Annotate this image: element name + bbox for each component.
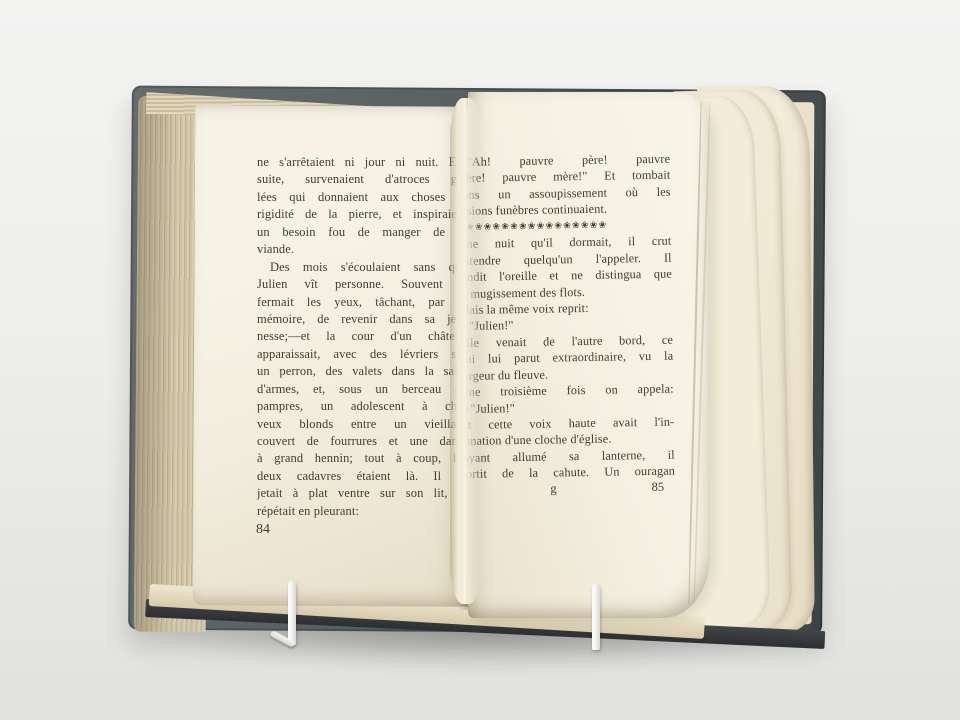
signature-mark: g — [550, 481, 556, 496]
text-line: répétait en pleurant: — [257, 503, 467, 520]
text-line: Une troisième fois on appela: — [460, 381, 674, 401]
text-line: Des mois s'écoulaient sans que — [257, 259, 467, 276]
text-line: ne s'arrêtaient ni jour ni nuit. En- — [257, 154, 467, 171]
text-line: rigidité de la pierre, et inspiraient — [257, 206, 467, 223]
text-line: jetait à plat ventre sur son lit, et — [257, 485, 467, 502]
text-line: couvert de fourrures et une dame — [257, 433, 467, 450]
text-line: veux blonds entre un vieillard — [257, 416, 467, 433]
page-number-right: 85 — [651, 480, 664, 495]
text-line: nesse;—et la cour d'un château — [257, 328, 467, 345]
book-stand-prong-left — [288, 581, 296, 645]
text-line: lées qui donnaient aux choses la — [257, 189, 467, 206]
text-line: qui lui parut extraordinaire, vu la — [459, 348, 673, 368]
left-page-text: ne s'arrêtaient ni jour ni nuit. En-suit… — [257, 154, 467, 520]
text-line: à grand hennin; tout à coup, les — [257, 450, 467, 467]
right-page-text: ❧"Ah! pauvre père! pauvremère! pauvre mè… — [456, 151, 675, 483]
text-line: viande. — [257, 241, 467, 258]
page-number-left: 84 — [256, 522, 270, 538]
text-line: suite, survenaient d'atroces ge- — [257, 171, 467, 188]
text-line: deux cadavres étaient là. Il se — [257, 468, 467, 485]
text-line: apparaissait, avec des lévriers sur — [257, 346, 467, 363]
text-line: d'armes, et, sous un berceau de — [257, 381, 467, 398]
right-page-footer: g 85 — [456, 480, 670, 501]
text-line: pampres, un adolescent à che- — [257, 398, 467, 415]
text-line: un besoin fou de manger de la — [257, 224, 467, 241]
text-line: mémoire, de revenir dans sa jeu- — [257, 311, 467, 328]
text-line: Julien vît personne. Souvent il — [257, 276, 467, 293]
book-stand-prong-right — [592, 584, 600, 650]
page-curl-edge — [450, 98, 482, 604]
text-line: tendit l'oreille et ne distingua que — [458, 266, 672, 286]
text-line: fermait les yeux, tâchant, par la — [257, 294, 467, 311]
text-line: un perron, des valets dans la salle — [257, 363, 467, 380]
